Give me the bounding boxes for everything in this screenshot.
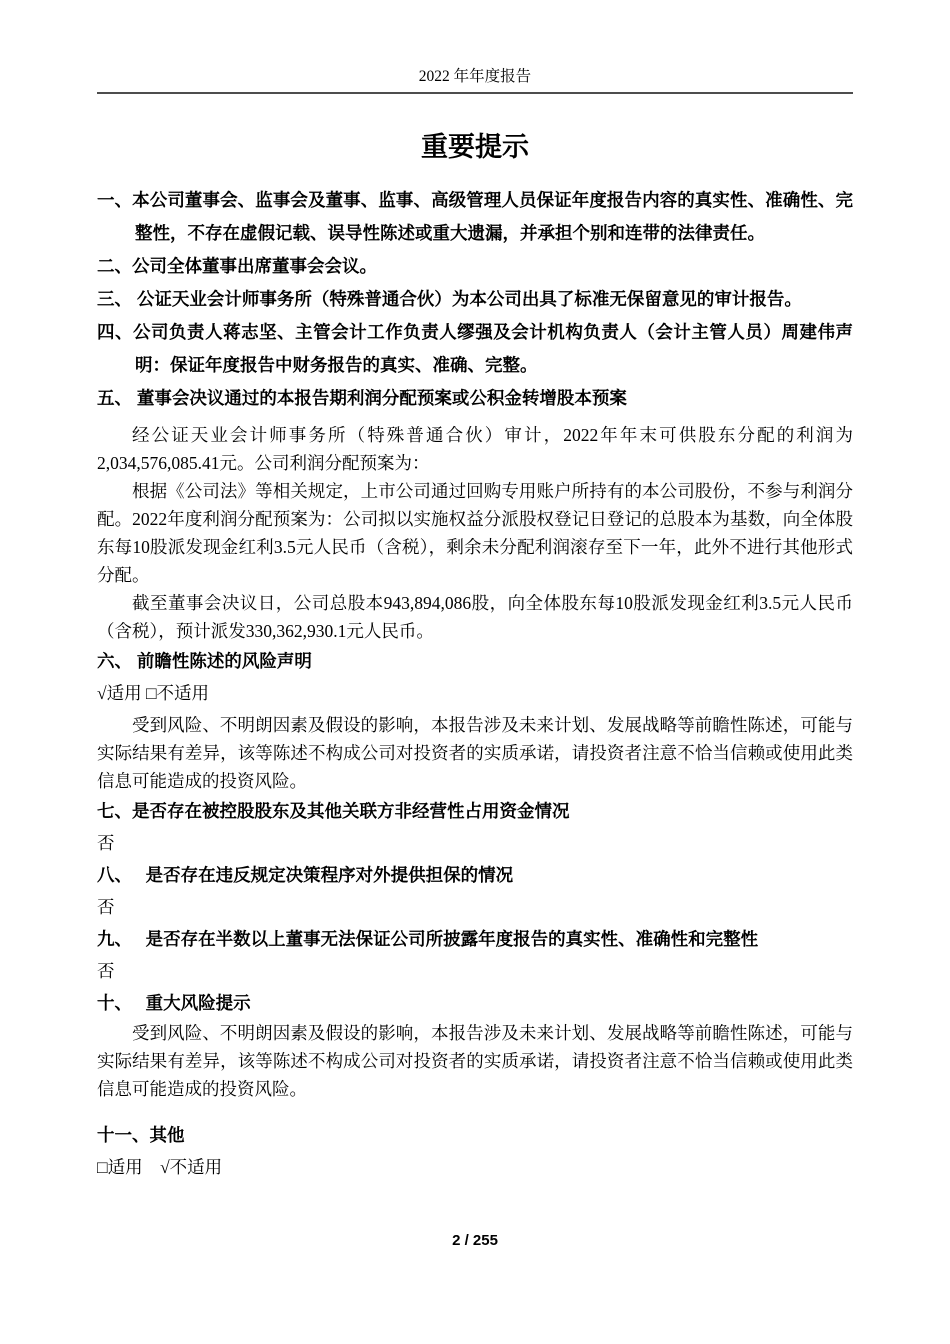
answer-item-9: 否	[97, 957, 853, 985]
notice-item-3: 三、 公证天业会计师事务所（特殊普通合伙）为本公司出具了标准无保留意见的审计报告…	[97, 283, 853, 316]
notice-item-7: 七、是否存在被控股股东及其他关联方非经营性占用资金情况	[97, 797, 853, 825]
profit-distribution-para-2: 根据《公司法》等相关规定，上市公司通过回购专用账户所持有的本公司股份，不参与利润…	[97, 477, 853, 589]
page-header-text: 2022 年年度报告	[419, 68, 531, 85]
notice-item-2: 二、公司全体董事出席董事会会议。	[97, 250, 853, 283]
forward-statement-risk-para: 受到风险、不明朗因素及假设的影响，本报告涉及未来计划、发展战略等前瞻性陈述，可能…	[97, 711, 853, 795]
notice-item-6: 六、 前瞻性陈述的风险声明	[97, 647, 853, 675]
notice-item-5: 五、 董事会决议通过的本报告期利润分配预案或公积金转增股本预案	[97, 382, 853, 415]
notice-item-4: 四、公司负责人蒋志坚、主管会计工作负责人缪强及会计机构负责人（会计主管人员）周建…	[97, 316, 853, 382]
page-title: 重要提示	[97, 132, 853, 162]
notice-item-9: 九、 是否存在半数以上董事无法保证公司所披露年度报告的真实性、准确性和完整性	[97, 925, 853, 953]
applicability-line-11: □适用 √不适用	[97, 1153, 853, 1181]
page-number: 2 / 255	[0, 1232, 950, 1250]
page-header: 2022 年年度报告	[97, 0, 853, 94]
notice-item-8: 八、 是否存在违反规定决策程序对外提供担保的情况	[97, 861, 853, 889]
answer-item-7: 否	[97, 829, 853, 857]
report-page: 2022 年年度报告 重要提示 一、本公司董事会、监事会及董事、监事、高级管理人…	[0, 0, 950, 1344]
notice-item-10: 十、 重大风险提示	[97, 989, 853, 1017]
major-risk-para: 受到风险、不明朗因素及假设的影响，本报告涉及未来计划、发展战略等前瞻性陈述，可能…	[97, 1019, 853, 1103]
notice-item-1: 一、本公司董事会、监事会及董事、监事、高级管理人员保证年度报告内容的真实性、准确…	[97, 184, 853, 250]
notice-item-11: 十一、其他	[97, 1121, 853, 1149]
document-body: 一、本公司董事会、监事会及董事、监事、高级管理人员保证年度报告内容的真实性、准确…	[97, 184, 853, 1181]
answer-item-8: 否	[97, 893, 853, 921]
applicability-line-6: √适用 □不适用	[97, 679, 853, 707]
profit-distribution-para-3: 截至董事会决议日，公司总股本943,894,086股，向全体股东每10股派发现金…	[97, 589, 853, 645]
profit-distribution-para-1: 经公证天业会计师事务所（特殊普通合伙）审计，2022年年末可供股东分配的利润为2…	[97, 421, 853, 477]
